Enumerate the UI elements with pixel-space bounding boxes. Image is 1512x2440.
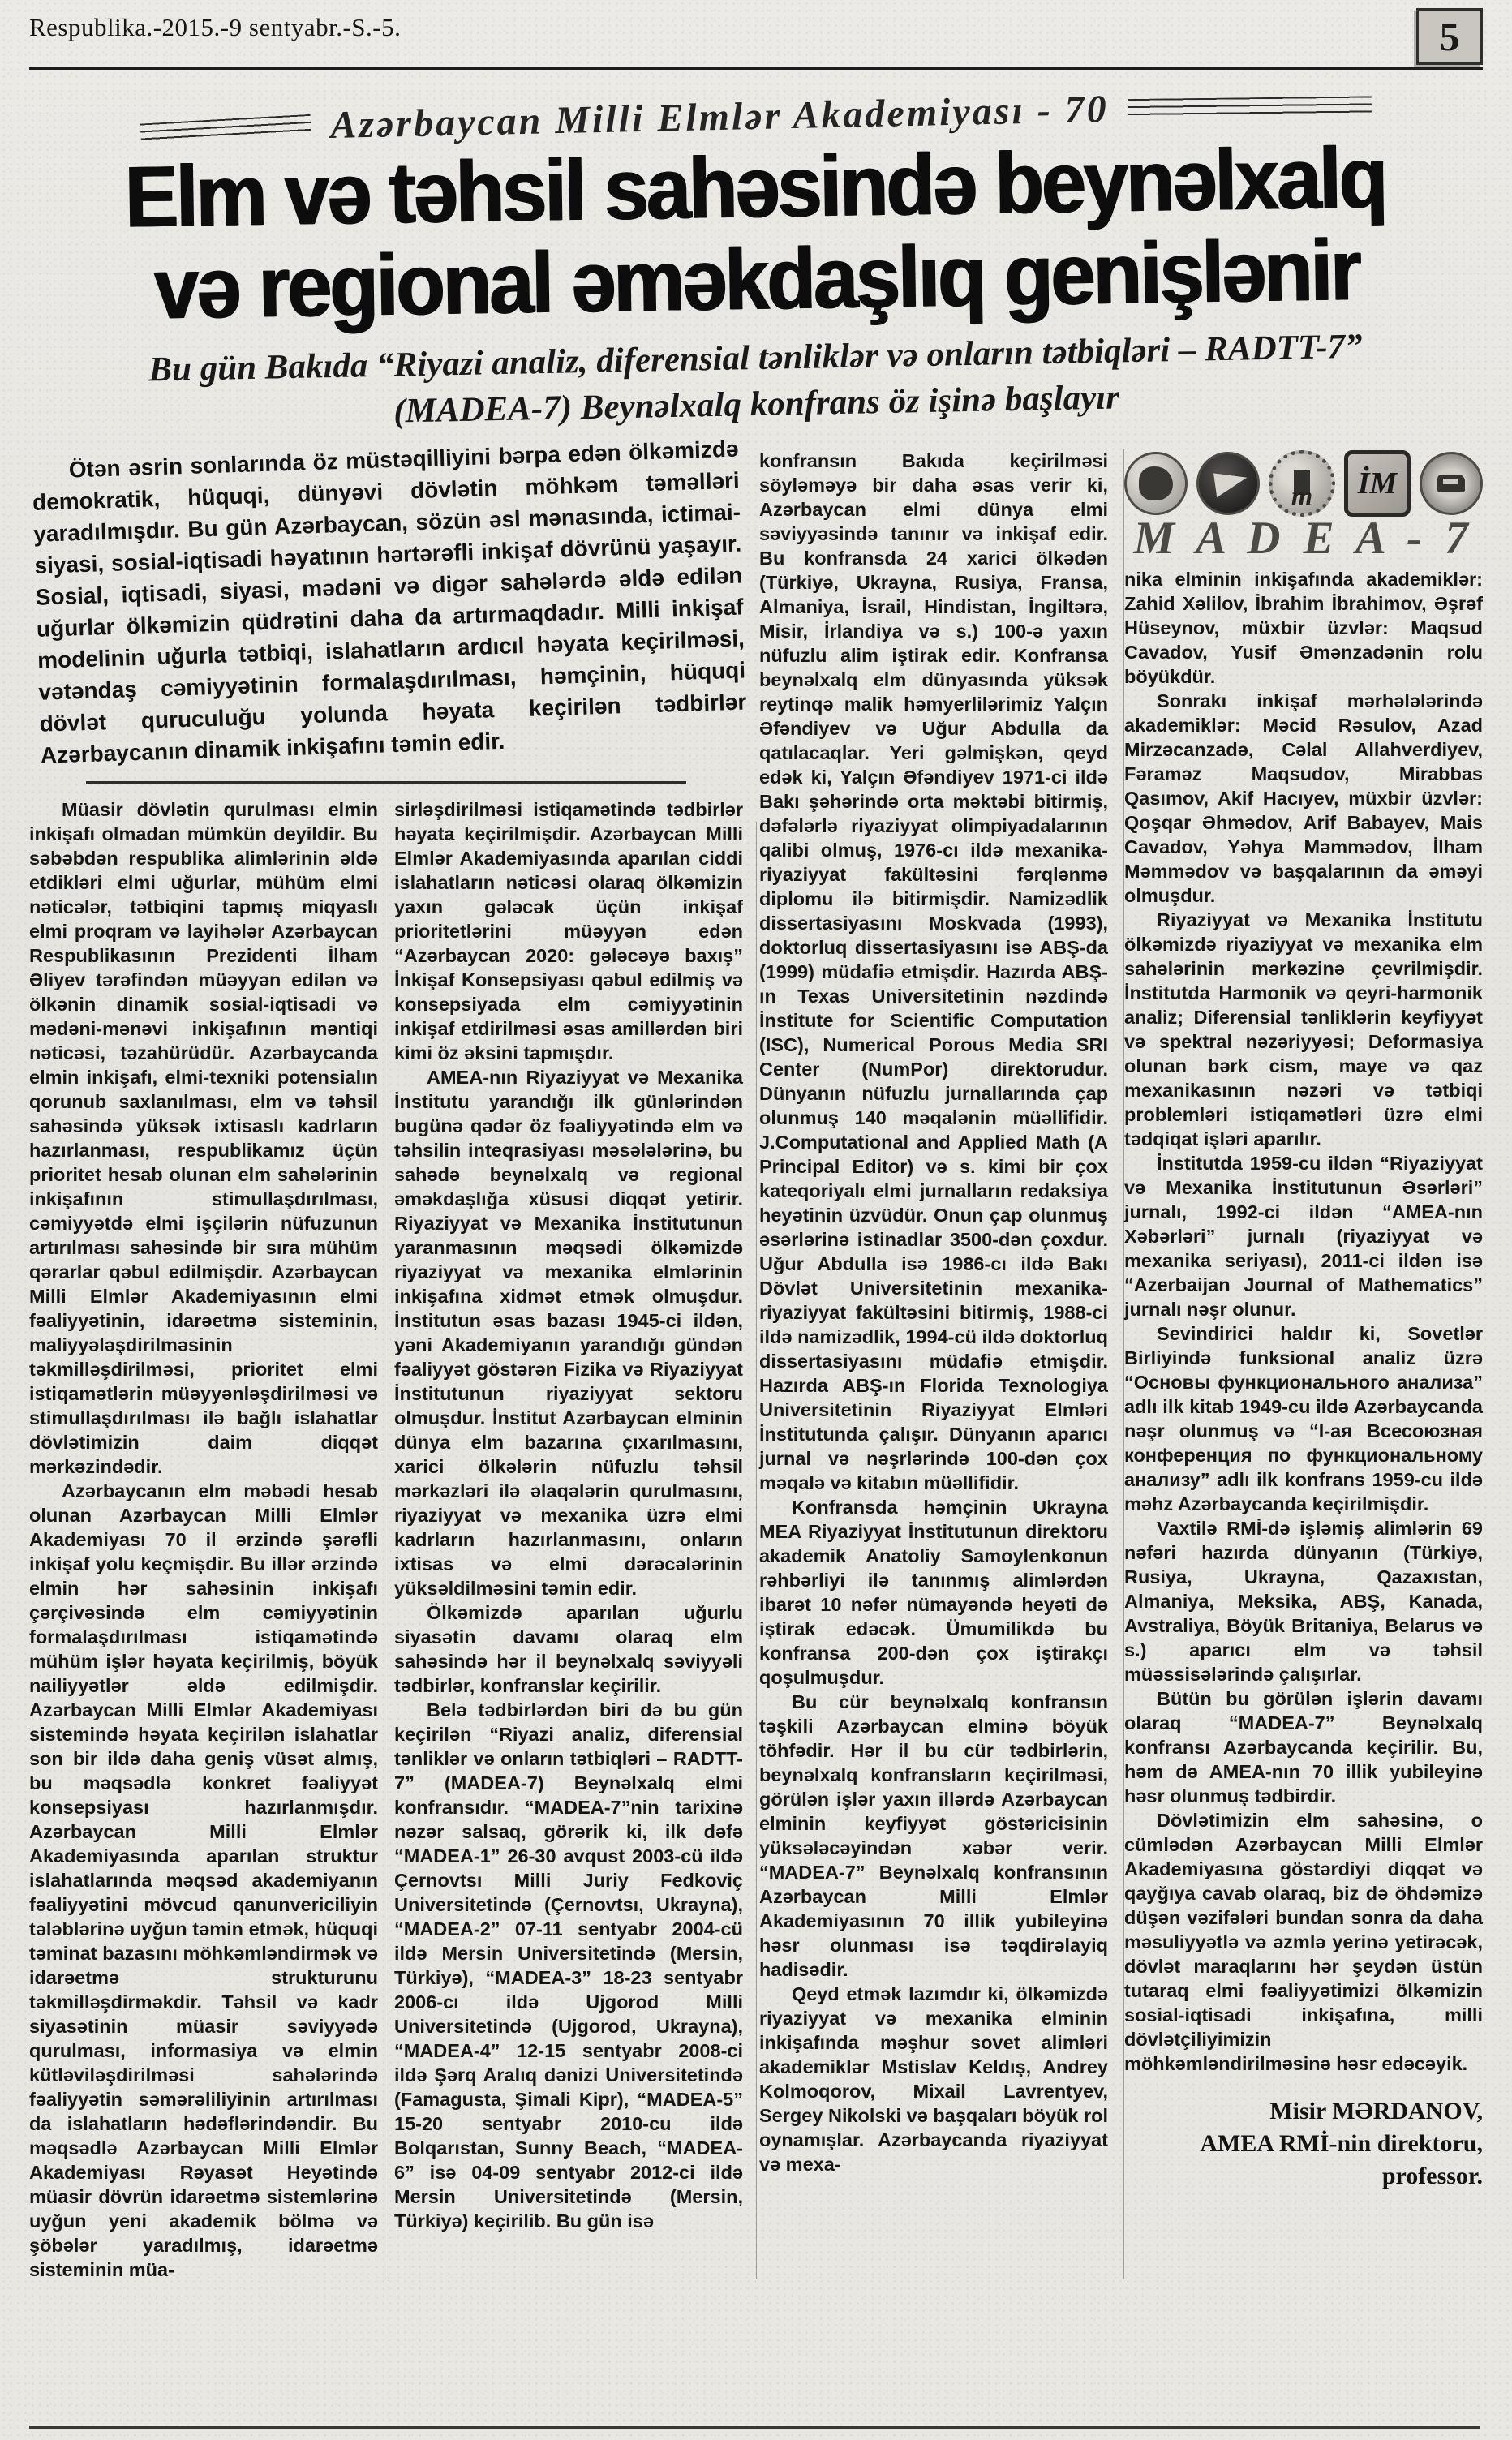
jet-glyph — [1213, 469, 1249, 497]
paragraph: Ölkəmizdə aparılan uğurlu siyasətin dava… — [394, 1600, 743, 1698]
paragraph: Azərbaycanın elm məbədi hesab olunan Azə… — [29, 1479, 378, 2282]
column-separator — [1123, 449, 1124, 2279]
page-header: Respublika.-2015.-9 sentyabr.-S.-5. 5 — [29, 8, 1483, 65]
emblem-institute-icon: İM — [1344, 450, 1411, 517]
seal-glyph — [1437, 475, 1465, 492]
banner-flourish-right — [1128, 96, 1372, 117]
paragraph: nika elminin inkişafında akademiklər: Za… — [1124, 567, 1483, 689]
column-separator — [389, 830, 389, 2279]
page-number-badge: 5 — [1416, 8, 1483, 65]
madea-logo: m İM M A D E A - 7 — [1124, 450, 1483, 551]
paragraph: Vaxtilə RMİ-də işləmiş alimlərin 69 nəfə… — [1124, 1516, 1483, 1686]
lead-text: Ötən əsrin sonlarında öz müstəqilliyini … — [31, 432, 748, 771]
column-1: Müasir dövlətin qurulması elmin inkişafı… — [29, 797, 378, 2282]
article-subheadline: Bu gün Bakıda “Riyazi analiz, diferensia… — [28, 324, 1484, 438]
signature-title: AMEA RMİ-nin direktoru, professor. — [1124, 2128, 1483, 2193]
article-headline: Elm və təhsil sahəsində beynəlxalq və re… — [28, 131, 1484, 337]
banner-flourish-left — [140, 114, 311, 141]
column-2: sirləşdirilməsi istiqamətində tədbirlər … — [394, 797, 743, 2282]
paragraph: Sonrakı inkişaf mərhələlərində akademikl… — [1124, 689, 1483, 908]
paragraph: Dövlətimizin elm sahəsinə, o cümlədən Az… — [1124, 1808, 1483, 2076]
header-rule — [29, 67, 1483, 70]
institute-monogram: İM — [1358, 471, 1398, 496]
partner-emblems: m İM — [1124, 450, 1483, 517]
column-3: konfransın Bakıda keçirilməsi söyləməyə … — [759, 449, 1108, 2282]
paragraph: Konfransda həmçinin Ukrayna MEA Riyaziyy… — [759, 1495, 1108, 1690]
emblem-jet-icon — [1196, 452, 1260, 515]
paragraph: Bütün bu görülən işlərin davamı olaraq “… — [1124, 1686, 1483, 1808]
column-4: m İM M A D E A - 7 nika elminin inkişafı… — [1124, 449, 1483, 2282]
article-signature: Misir MƏRDANOV, AMEA RMİ-nin direktoru, … — [1124, 2095, 1483, 2193]
page-citation: Respublika.-2015.-9 sentyabr.-S.-5. — [29, 8, 401, 42]
crest-glyph — [1139, 466, 1173, 500]
headline-line2: və regional əməkdaşlıq genişlənir — [29, 222, 1484, 337]
paragraph: Sevindirici haldır ki, Sovetlər Birliyin… — [1124, 1321, 1483, 1516]
emblem-seal-icon — [1420, 452, 1483, 515]
page-number: 5 — [1440, 13, 1460, 60]
emblem-university-icon: m — [1269, 450, 1335, 517]
paragraph: Belə tədbirlərdən biri də bu gün keçiril… — [394, 1698, 743, 2233]
paragraph: AMEA-nın Riyaziyyat və Mexanika İnstitut… — [394, 1065, 743, 1600]
emblem-crest-icon — [1124, 452, 1188, 515]
signature-name: Misir MƏRDANOV, — [1124, 2095, 1483, 2128]
paragraph: İnstitutda 1959-cu ildən “Riyaziyyat və … — [1124, 1151, 1483, 1321]
paragraph: sirləşdirilməsi istiqamətində tədbirlər … — [394, 797, 743, 1065]
column-separator — [756, 822, 757, 2279]
paragraph: Müasir dövlətin qurulması elmin inkişafı… — [29, 797, 378, 1479]
paragraph: Qeyd etmək lazımdır ki, ölkəmizdə riyazi… — [759, 1982, 1108, 2176]
lead-paragraph: Ötən əsrin sonlarında öz müstəqilliyini … — [29, 426, 753, 771]
paragraph: Riyaziyyat və Mexanika İnstitutu ölkəmiz… — [1124, 908, 1483, 1151]
paragraph: konfransın Bakıda keçirilməsi söyləməyə … — [759, 449, 1108, 1495]
m-glyph: m — [1291, 483, 1312, 511]
lead-divider-rule — [86, 781, 685, 784]
newspaper-page: Respublika.-2015.-9 sentyabr.-S.-5. 5 Az… — [0, 0, 1512, 2440]
paragraph: Bu cür beynəlxalq konfransın təşkili Azə… — [759, 1690, 1108, 1982]
madea-wordmark: M A D E A - 7 — [1124, 526, 1483, 551]
article-body: Ötən əsrin sonlarında öz müstəqilliyini … — [29, 449, 1483, 2282]
bottom-rule — [29, 2426, 1480, 2429]
